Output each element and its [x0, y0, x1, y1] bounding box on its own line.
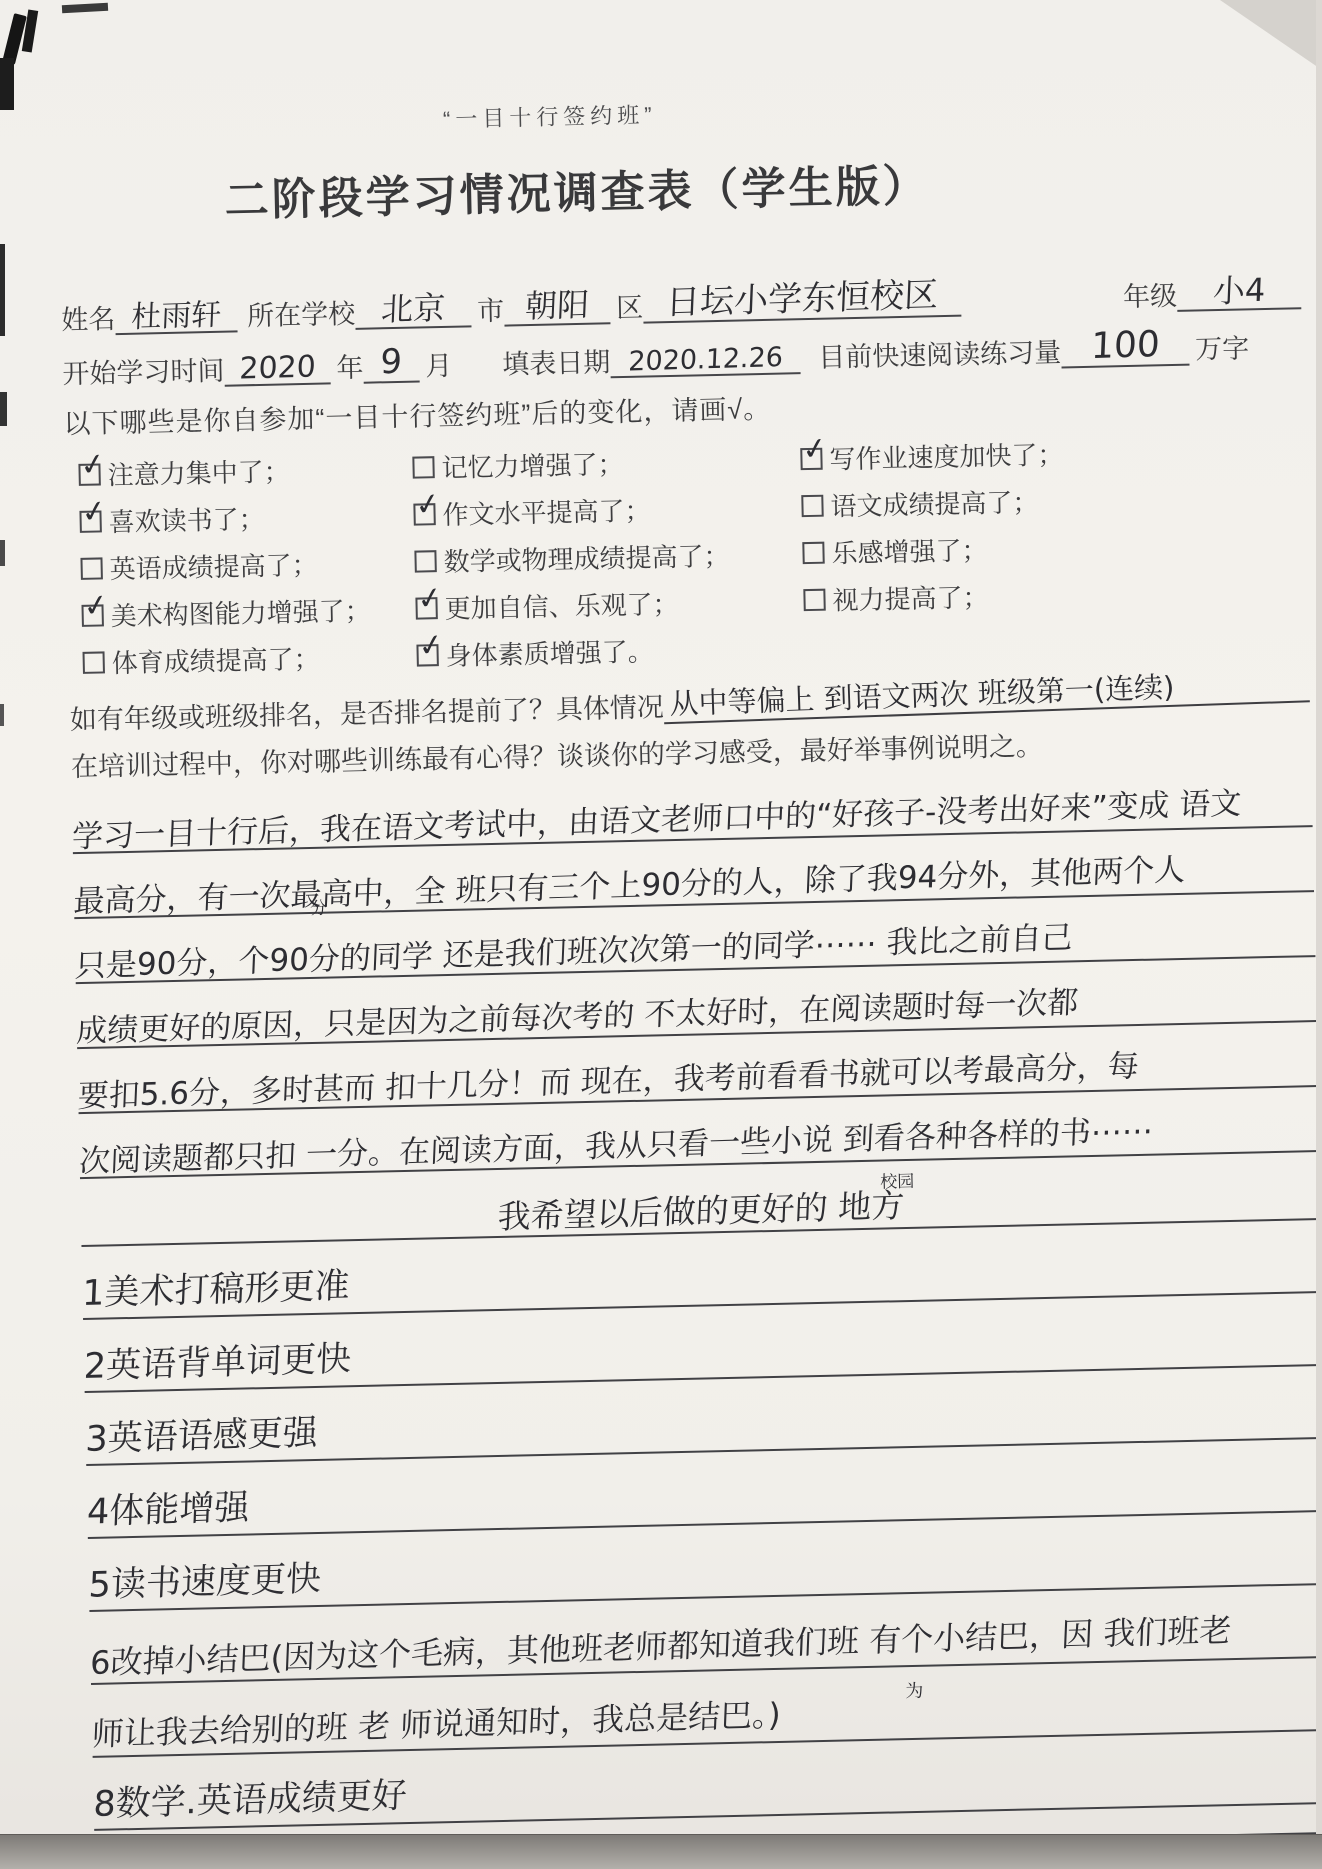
checkbox-item: ✓注意力集中了； [78, 445, 368, 498]
checkbox-item: ✓写作业速度加快了； [800, 429, 1064, 482]
checkbox-grid: ✓注意力集中了； ✓喜欢读书了； 英语成绩提高了； ✓美术构图能力增强了； 体育… [64, 424, 1309, 683]
checkmark-icon: ✓ [416, 629, 446, 663]
month-unit-label: 月 [425, 349, 453, 382]
checkbox-item: 视力提高了； [803, 570, 1067, 623]
ranking-question-label: 如有年级或班级排名，是否排名提前了？具体情况 [70, 685, 665, 737]
checkbox-label: 写作业速度加快了； [829, 434, 1064, 476]
start-year-value: 2020 [239, 351, 317, 385]
scanned-page: “一目十行签约班” 二阶段学习情况调查表（学生版） 姓名 杜雨轩 所在学校 北京… [0, 0, 1322, 1869]
fill-date-field: 2020.12.26 [610, 343, 801, 378]
scan-artifact [0, 58, 14, 110]
checkbox-label: 美术构图能力增强了； [110, 591, 371, 634]
checkbox-label: 乐感增强了； [831, 530, 988, 570]
checkmark-icon: ✓ [415, 582, 445, 616]
name-value: 杜雨轩 [131, 299, 222, 333]
checkbox-item: 乐感增强了； [802, 523, 1066, 576]
checkbox-label: 作文水平提高了； [442, 490, 651, 532]
checkbox-item: ✓更加自信、乐观了； [415, 578, 731, 632]
checkbox-icon: ✓ [800, 447, 822, 469]
school-label: 所在学校 [247, 297, 356, 332]
checkbox-label: 身体素质增强了。 [445, 631, 654, 673]
checkbox-icon [803, 588, 825, 610]
checkbox-column-3: ✓写作业速度加快了； 语文成绩提高了； 乐感增强了； 视力提高了； [800, 429, 1067, 623]
city-unit-label: 市 [477, 294, 505, 327]
checkbox-column-2: 记忆力增强了； ✓作文水平提高了； 数学或物理成绩提高了； ✓更加自信、乐观了；… [412, 437, 732, 679]
campus-value: 日坛小学东恒校区 [665, 278, 938, 322]
reading-unit-label: 万字 [1195, 332, 1250, 366]
checkbox-item: ✓美术构图能力增强了； [81, 586, 371, 639]
fill-date-label: 填表日期 [502, 346, 611, 381]
checkbox-item: ✓作文水平提高了； [413, 484, 729, 538]
checkbox-item: 语文成绩提高了； [801, 476, 1065, 529]
checkbox-item: 体育成绩提高了； [82, 633, 372, 686]
checkmark-icon: ✓ [413, 488, 443, 522]
start-month-value: 9 [380, 345, 403, 381]
improvement-list: 1美术打稿形更准 2英语背单词更快 3英语语感更强 4体能增强 5读书速度更快 … [81, 1220, 1322, 1861]
form-content: “一目十行签约班” 二阶段学习情况调查表（学生版） 姓名 杜雨轩 所在学校 北京… [57, 84, 1322, 1861]
city-value: 北京 [380, 292, 445, 327]
page-title: 二阶段学习情况调查表（学生版） [224, 141, 1299, 228]
page-corner-shadow [1202, 0, 1322, 70]
program-name-quote: “一目十行签约班” [443, 84, 1297, 134]
fill-date-value: 2020.12.26 [627, 344, 783, 377]
checkbox-icon: ✓ [81, 604, 103, 626]
essay-answer-area: 学习一目十行后，我在语文考试中，由语文老师口中的“好孩子-没考出好来”变成 语文… [71, 762, 1321, 1247]
scan-artifact [0, 540, 5, 566]
inserted-character-note: 分 [310, 894, 328, 919]
checkbox-item: ✓身体素质增强了。 [416, 625, 732, 679]
inserted-character-note: 为 [905, 1677, 924, 1703]
city-field: 北京 [355, 292, 472, 330]
checkbox-label: 注意力集中了； [107, 451, 290, 492]
checkbox-icon: ✓ [79, 510, 101, 532]
checkbox-icon [82, 651, 104, 673]
checkbox-icon [801, 494, 823, 516]
scan-artifact [62, 3, 108, 13]
checkbox-icon [414, 550, 436, 572]
district-unit-label: 区 [616, 291, 644, 324]
checkbox-icon [80, 557, 102, 579]
checkmark-icon: ✓ [81, 589, 111, 623]
checkbox-icon: ✓ [416, 644, 438, 666]
scan-artifact [0, 392, 7, 426]
district-value: 朝阳 [524, 289, 589, 324]
checkbox-icon: ✓ [415, 597, 437, 619]
start-time-label: 开始学习时间 [62, 354, 225, 390]
start-year-field: 2020 [224, 351, 331, 387]
ranking-answer-field: 从中等偏上 到语文两次 班级第一(连续) [663, 665, 1310, 724]
checkbox-label: 数学或物理成绩提高了； [443, 536, 730, 579]
scan-artifact [0, 244, 5, 336]
reading-volume-label: 目前快速阅读练习量 [818, 336, 1062, 374]
checkbox-item: ✓喜欢读书了； [79, 492, 369, 545]
district-field: 朝阳 [504, 289, 611, 327]
checkbox-label: 喜欢读书了； [108, 499, 265, 539]
checkbox-label: 体育成绩提高了； [111, 639, 320, 681]
checkbox-label: 更加自信、乐观了； [444, 584, 679, 626]
year-unit-label: 年 [336, 351, 364, 384]
grade-value: 小4 [1212, 274, 1266, 309]
checkbox-label: 语文成绩提高了； [830, 482, 1039, 524]
checkbox-icon: ✓ [78, 463, 100, 485]
scan-edge-strip [1316, 0, 1322, 1869]
grade-label: 年级 [1123, 280, 1178, 314]
checkmark-icon: ✓ [79, 495, 109, 529]
checkmark-icon: ✓ [78, 448, 108, 482]
checkbox-column-1: ✓注意力集中了； ✓喜欢读书了； 英语成绩提高了； ✓美术构图能力增强了； 体育… [78, 445, 372, 686]
checkbox-item: 数学或物理成绩提高了； [414, 531, 730, 585]
grade-field: 小4 [1177, 274, 1302, 312]
scan-artifact [0, 704, 4, 726]
checkbox-item: 记忆力增强了； [412, 437, 728, 491]
checkbox-label: 视力提高了； [832, 577, 989, 617]
reading-volume-value: 100 [1090, 326, 1160, 366]
checkbox-icon [412, 456, 434, 478]
campus-field: 日坛小学东恒校区 [643, 279, 962, 324]
start-month-field: 9 [363, 345, 420, 384]
checkbox-label: 英语成绩提高了； [109, 545, 318, 587]
reading-volume-field: 100 [1061, 326, 1190, 369]
name-field: 杜雨轩 [115, 299, 238, 335]
checkbox-label: 记忆力增强了； [441, 444, 624, 485]
name-label: 姓名 [61, 303, 116, 337]
scanner-bed-strip [0, 1834, 1322, 1869]
checkbox-icon: ✓ [413, 503, 435, 525]
checkmark-icon: ✓ [800, 433, 830, 467]
checkbox-item: 英语成绩提高了； [80, 539, 370, 592]
checkbox-icon [802, 541, 824, 563]
